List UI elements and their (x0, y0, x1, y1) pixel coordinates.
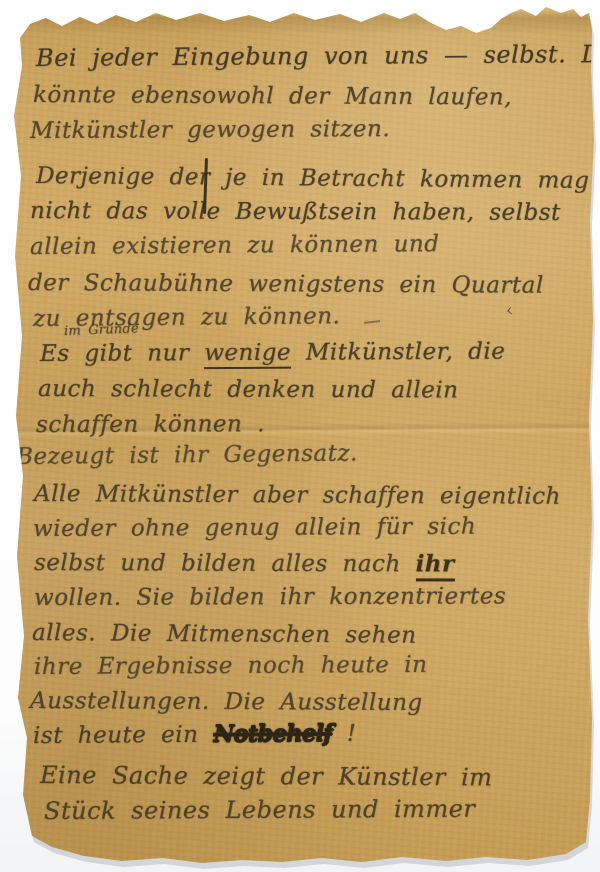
handwritten-line: Stück seines Lebens und immer (44, 795, 475, 825)
underlined-word: ihr (416, 550, 455, 581)
underlined-word: wenige (204, 340, 291, 369)
line-text: Es gibt nur (40, 340, 204, 367)
chevron-mark: ‹ (505, 300, 515, 322)
scan-background: Bei jeder Eingebung von uns — selbst. Da… (0, 0, 600, 872)
handwritten-line: nicht das volle Bewußtsein haben, selbst (30, 198, 561, 226)
handwritten-line: Es gibt nur wenige Mitkünstler, die (40, 339, 505, 367)
handwritten-line: auch schlecht denken und allein (38, 376, 459, 403)
handwritten-line: Mitkünstler gewogen sitzen. (30, 116, 390, 144)
handwritten-line: Alle Mitkünstler aber schaffen eigentlic… (34, 481, 561, 510)
handwritten-line: Bei jeder Eingebung von uns — selbst. Da… (36, 40, 600, 72)
handwritten-line: wollen. Sie bilden ihr konzentriertes (34, 583, 506, 611)
handwritten-line: ihre Ergebnisse noch heute in (34, 652, 428, 680)
paper-sheet: Bei jeder Eingebung von uns — selbst. Da… (0, 0, 600, 872)
handwriting-layer: Bei jeder Eingebung von uns — selbst. Da… (0, 0, 600, 872)
line-text: ist heute ein (33, 722, 213, 749)
handwritten-line: Eine Sache zeigt der Künstler im (40, 761, 493, 791)
line-text: Mitkünstler, die (291, 339, 505, 366)
handwritten-line: selbst und bilden alles nach ihr (34, 549, 455, 577)
line-text: selbst und bilden alles nach (34, 550, 416, 577)
handwritten-line: ist heute ein Notbehelf ! (33, 720, 357, 749)
line-text: ! (332, 721, 357, 747)
handwritten-line: Bezeugt ist ihr Gegensatz. (16, 440, 358, 470)
handwritten-line: allein existieren zu können und (30, 231, 440, 260)
inserted-word: im Grunde (64, 321, 139, 339)
handwritten-line: wieder ohne genug allein für sich (33, 514, 476, 542)
handwritten-line: Ausstellungen. Die Ausstellung (30, 688, 423, 716)
handwritten-line: alles. Die Mitmenschen sehen (32, 620, 417, 649)
handwritten-line: der Schaubühne wenigstens ein Quartal (28, 270, 544, 299)
crossed-out-word: Notbehelf (213, 720, 332, 748)
handwritten-line: könnte ebensowohl der Mann laufen, (33, 82, 512, 111)
handwritten-line: Derjenige der je in Betracht kommen mag (36, 163, 590, 194)
stray-mark (364, 320, 380, 324)
handwritten-line: schaffen können . (36, 411, 265, 438)
